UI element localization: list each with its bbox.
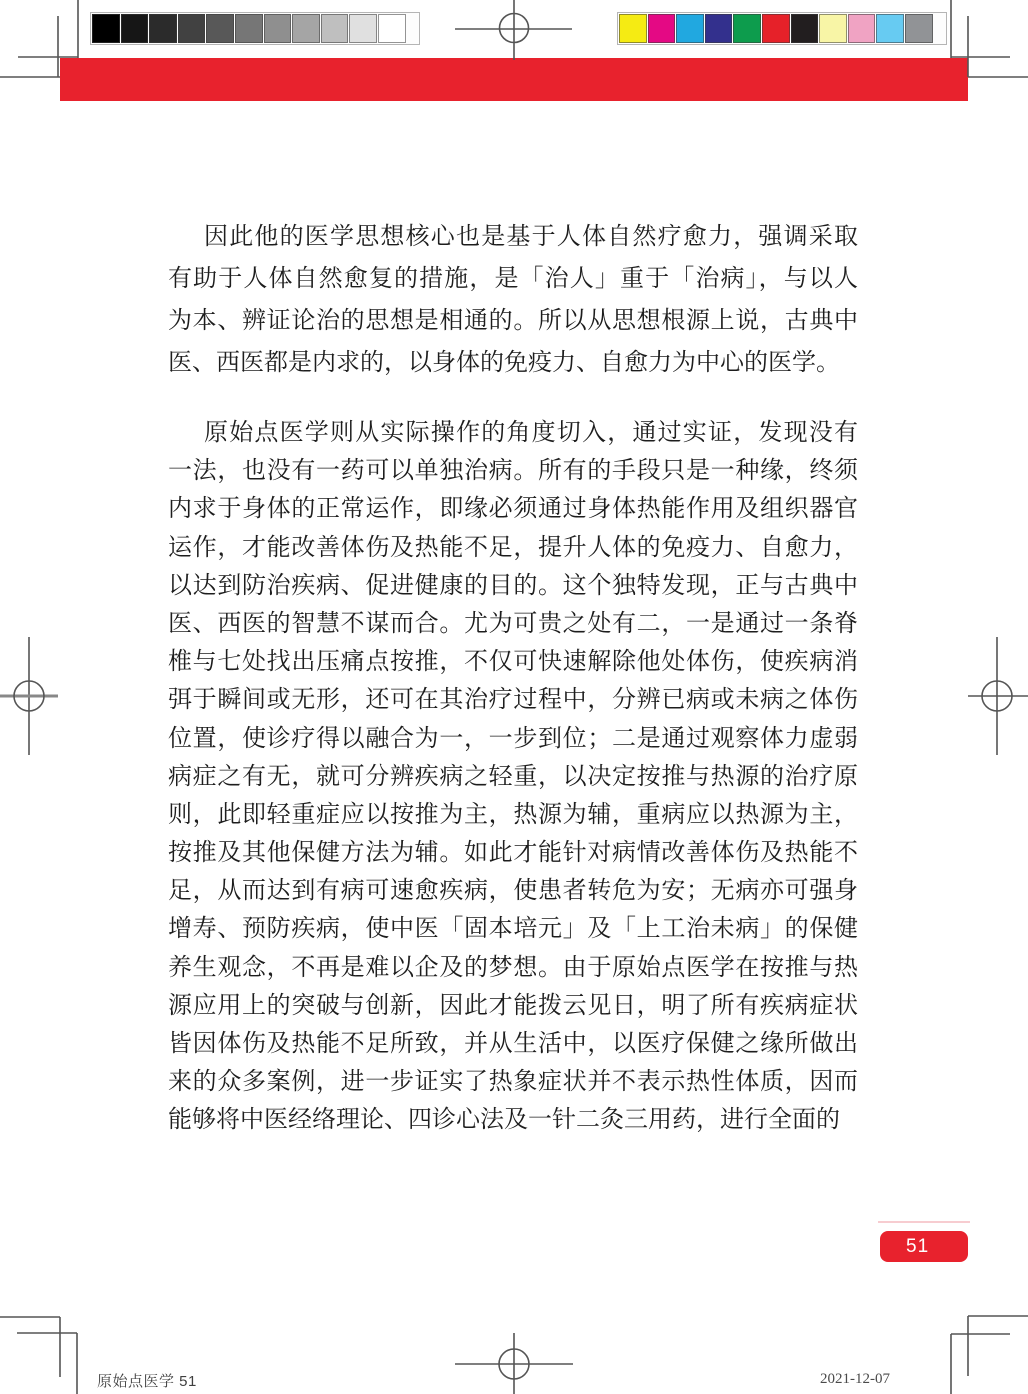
- grayscale-swatch: [264, 14, 292, 43]
- text-line: 为本、辨证论治的思想是相通的。所以从思想根源上说，古典中: [168, 300, 858, 342]
- text-line: 能够将中医经络理论、四诊心法及一针二灸三用药，进行全面的: [168, 1101, 858, 1139]
- text-line: 医、西医的智慧不谋而合。尤为可贵之处有二，一是通过一条脊: [168, 605, 858, 643]
- grayscale-swatch: [149, 14, 177, 43]
- color-swatch: [791, 14, 819, 43]
- color-swatch: [905, 14, 933, 43]
- text-line: 弭于瞬间或无形，还可在其治疗过程中，分辨已病或未病之体伤: [168, 681, 858, 719]
- page-tab-hairline: [878, 1221, 970, 1223]
- red-header-band: [60, 58, 968, 101]
- grayscale-swatch: [178, 14, 206, 43]
- text-line: 源应用上的突破与创新，因此才能拨云见日，明了所有疾病症状: [168, 987, 858, 1025]
- grayscale-swatch: [235, 14, 263, 43]
- text-line: 因此他的医学思想核心也是基于人体自然疗愈力，强调采取: [168, 216, 858, 258]
- text-line: 病症之有无，就可分辨疾病之轻重，以决定按推与热源的治疗原: [168, 758, 858, 796]
- paragraph-2: 原始点医学则从实际操作的角度切入，通过实证，发现没有 一法，也没有一药可以单独治…: [168, 414, 858, 1140]
- color-swatch: [705, 14, 733, 43]
- text-line: 则，此即轻重症应以按推为主，热源为辅，重病应以热源为主，: [168, 796, 858, 834]
- text-line: 内求于身体的正常运作，即缘必须通过身体热能作用及组织器官: [168, 490, 858, 528]
- page-number-badge: 51: [880, 1231, 968, 1262]
- grayscale-swatch: [378, 14, 406, 43]
- grayscale-calibration-bar: [90, 12, 420, 45]
- text-line: 位置，使诊疗得以融合为一，一步到位；二是通过观察体力虚弱: [168, 720, 858, 758]
- footer-book-title: 原始点医学 51: [97, 1370, 197, 1391]
- scanned-page: 因此他的医学思想核心也是基于人体自然疗愈力，强调采取 有助于人体自然愈复的措施，…: [0, 0, 1028, 1394]
- grayscale-swatch: [292, 14, 320, 43]
- grayscale-swatch: [206, 14, 234, 43]
- color-swatch: [848, 14, 876, 43]
- text-line: 一法，也没有一药可以单独治病。所有的手段只是一种缘，终须: [168, 452, 858, 490]
- grayscale-swatch: [321, 14, 349, 43]
- text-line: 皆因体伤及热能不足所致，并从生活中，以医疗保健之缘所做出: [168, 1025, 858, 1063]
- color-swatch: [819, 14, 847, 43]
- color-swatch: [876, 14, 904, 43]
- text-line: 椎与七处找出压痛点按推，不仅可快速解除他处体伤，使疾病消: [168, 643, 858, 681]
- color-swatch: [676, 14, 704, 43]
- text-line: 医、西医都是内求的，以身体的免疫力、自愈力为中心的医学。: [168, 342, 858, 384]
- text-line: 按推及其他保健方法为辅。如此才能针对病情改善体伤及热能不: [168, 834, 858, 872]
- text-line: 养生观念，不再是难以企及的梦想。由于原始点医学在按推与热: [168, 949, 858, 987]
- grayscale-swatch: [92, 14, 120, 43]
- paragraph-1: 因此他的医学思想核心也是基于人体自然疗愈力，强调采取 有助于人体自然愈复的措施，…: [168, 216, 858, 384]
- text-line: 增寿、预防疾病，使中医「固本培元」及「上工治未病」的保健: [168, 910, 858, 948]
- text-line: 原始点医学则从实际操作的角度切入，通过实证，发现没有: [168, 414, 858, 452]
- color-calibration-bar: [617, 12, 947, 45]
- text-line: 足，从而达到有病可速愈疾病，使患者转危为安；无病亦可强身: [168, 872, 858, 910]
- grayscale-swatch: [121, 14, 149, 43]
- text-line: 有助于人体自然愈复的措施，是「治人」重于「治病」，与以人: [168, 258, 858, 300]
- text-line: 来的众多案例，进一步证实了热象症状并不表示热性体质，因而: [168, 1063, 858, 1101]
- color-swatch: [762, 14, 790, 43]
- text-line: 运作，才能改善体伤及热能不足，提升人体的免疫力、自愈力，: [168, 529, 858, 567]
- color-swatch: [648, 14, 676, 43]
- text-line: 以达到防治疾病、促进健康的目的。这个独特发现，正与古典中: [168, 567, 858, 605]
- grayscale-swatch: [349, 14, 377, 43]
- color-swatch: [733, 14, 761, 43]
- footer-date: 2021-12-07: [820, 1371, 890, 1388]
- color-swatch: [619, 14, 647, 43]
